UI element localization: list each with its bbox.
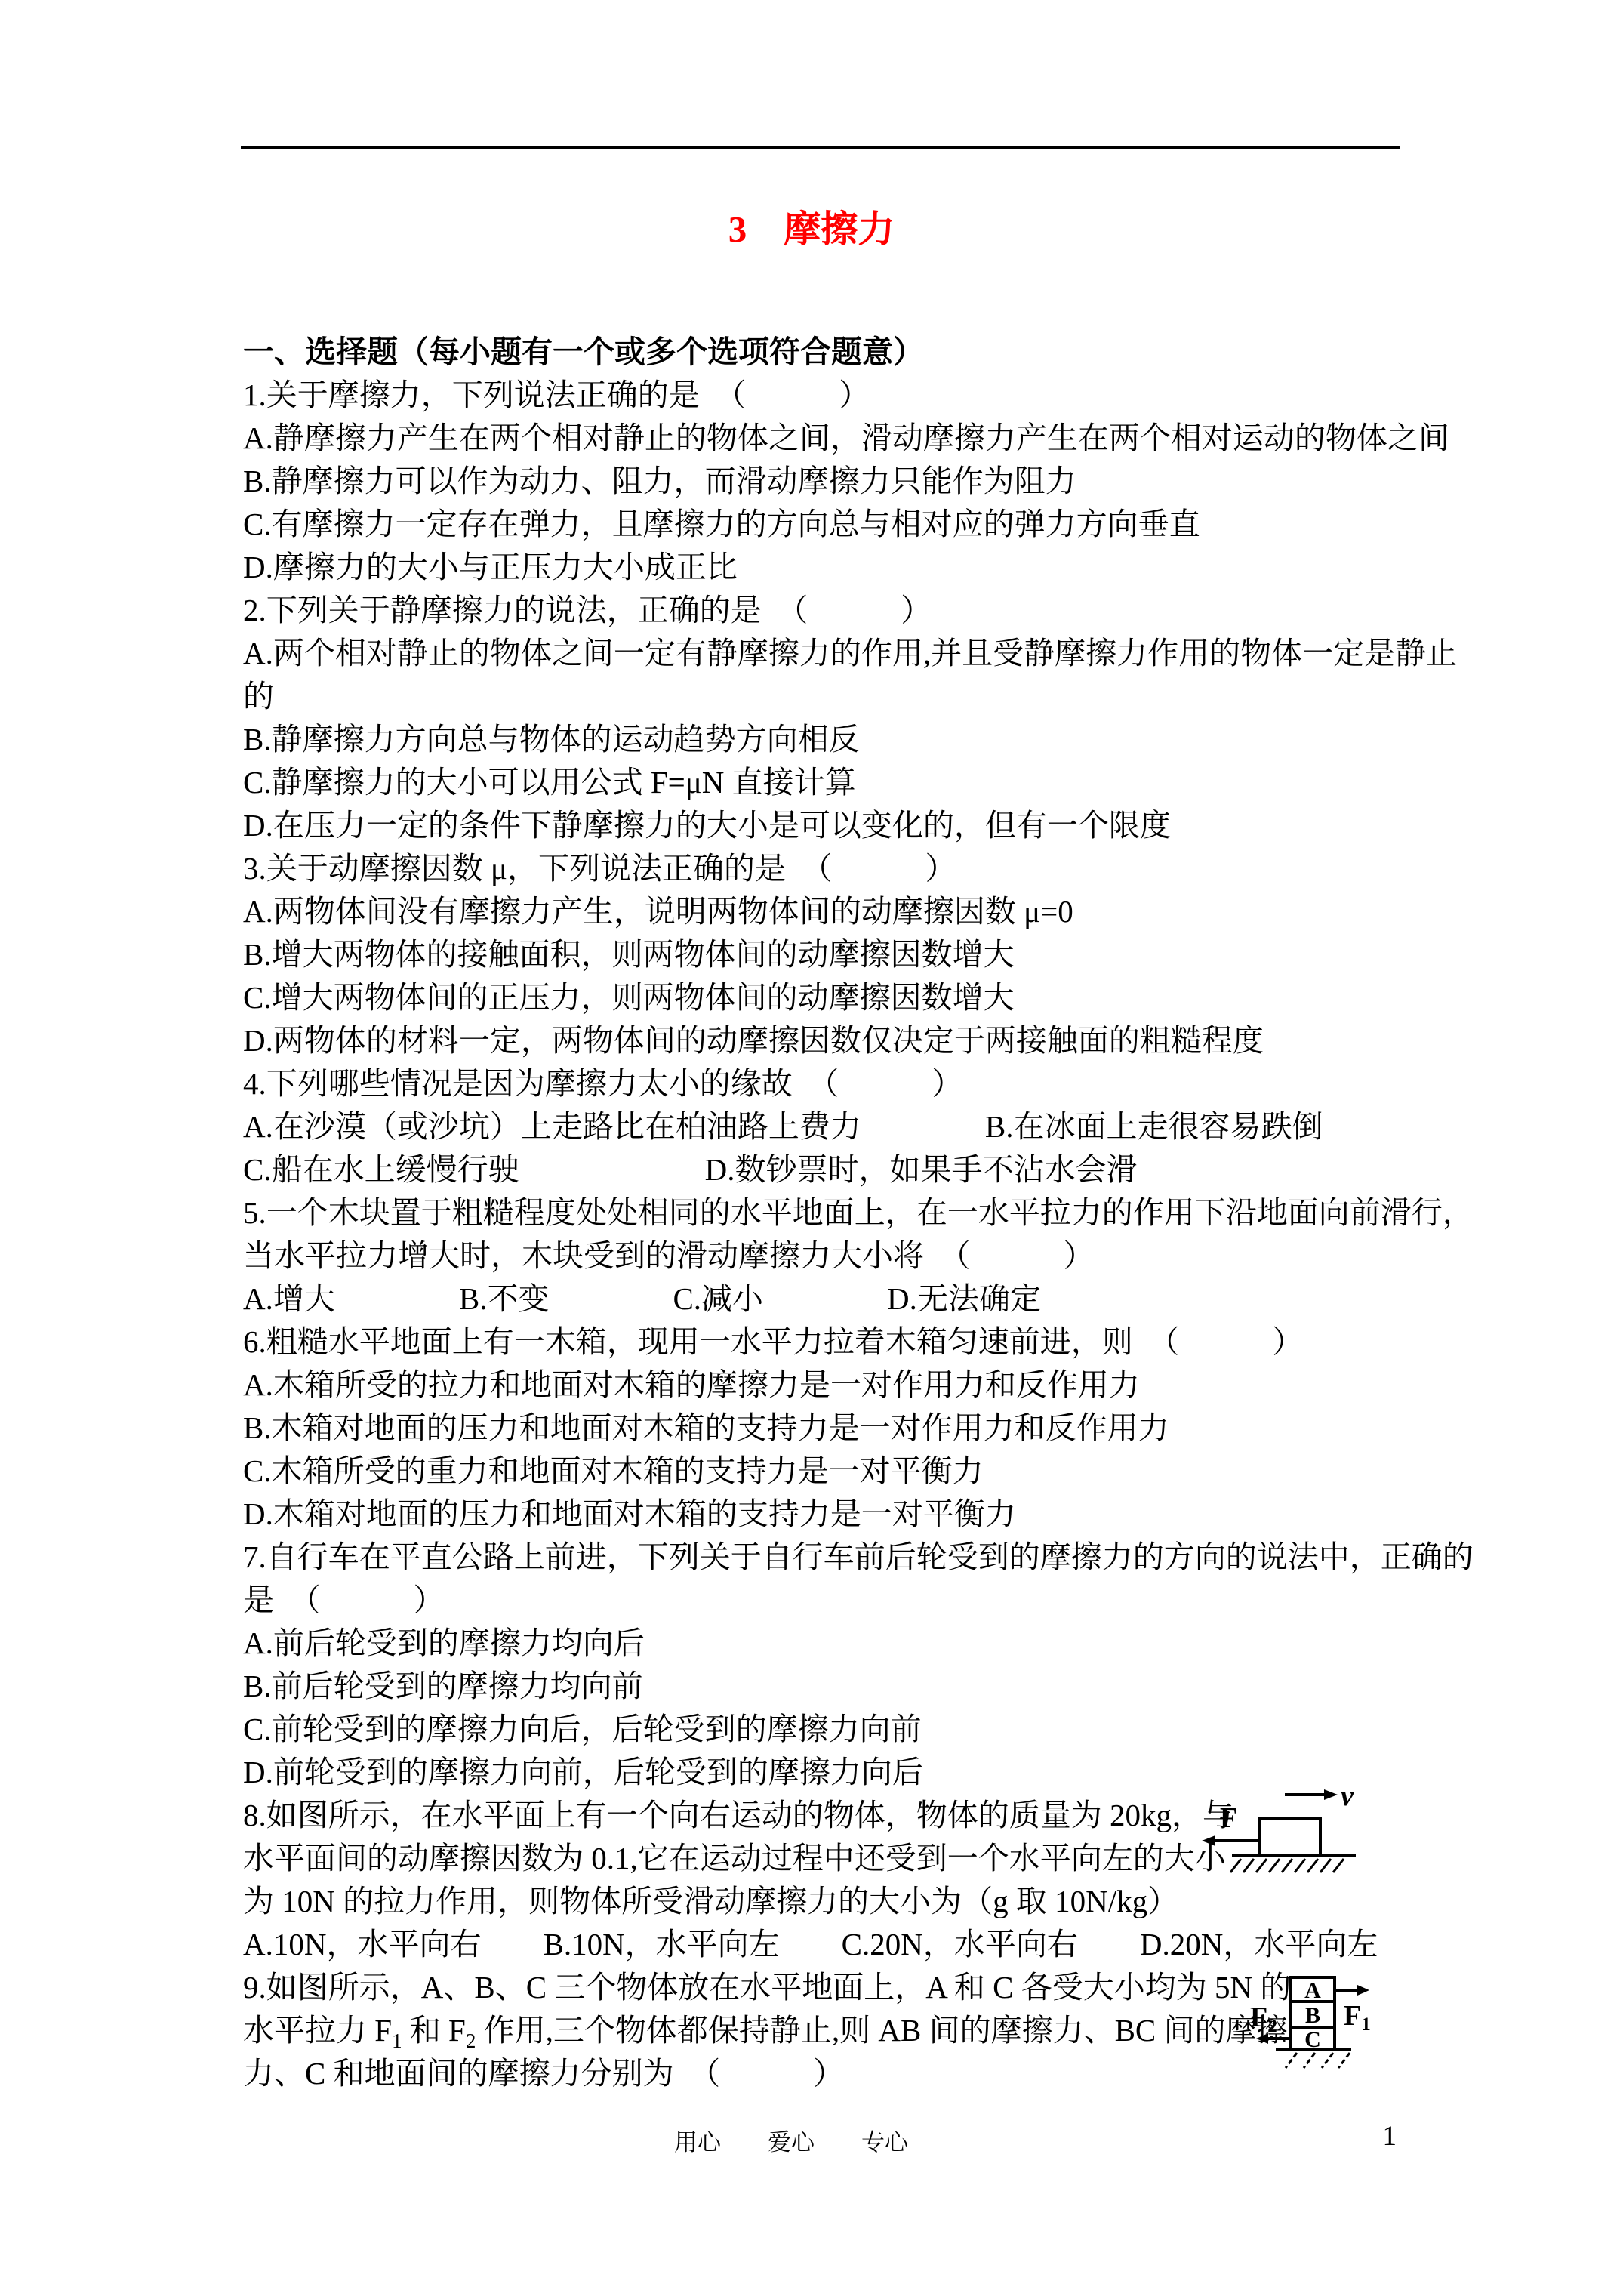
text-line: 是 （ ） bbox=[243, 1579, 1451, 1622]
velocity-label: v bbox=[1341, 1780, 1354, 1812]
document-page: 3 摩擦力 一、选择题（每小题有一个或多个选项符合题意）1.关于摩擦力，下列说法… bbox=[0, 0, 1623, 2296]
text-line: 2.下列关于静摩擦力的说法，正确的是 （ ） bbox=[243, 589, 1451, 632]
text-line: 为 10N 的拉力作用，则物体所受滑动摩擦力的大小为（g 取 10N/kg） bbox=[243, 1880, 1451, 1923]
ground-hatching bbox=[1230, 1859, 1344, 1872]
ground-hatching bbox=[1286, 2053, 1350, 2068]
text-line: D.在压力一定的条件下静摩擦力的大小是可以变化的，但有一个限度 bbox=[243, 804, 1451, 847]
text-line: 的 bbox=[243, 675, 1451, 718]
text-line: 当水平拉力增大时，木块受到的滑动摩擦力大小将 （ ） bbox=[243, 1234, 1451, 1277]
text-line: C.有摩擦力一定存在弹力，且摩擦力的方向总与相对应的弹力方向垂直 bbox=[243, 503, 1451, 546]
text-line: A.两个相对静止的物体之间一定有静摩擦力的作用,并且受静摩擦力作用的物体一定是静… bbox=[243, 632, 1451, 675]
text-line: B.增大两物体的接触面积，则两物体间的动摩擦因数增大 bbox=[243, 933, 1451, 976]
force-f1-arrow bbox=[1335, 1985, 1369, 1996]
page-number: 1 bbox=[1329, 2120, 1397, 2153]
text-line: A.木箱所受的拉力和地面对木箱的摩擦力是一对作用力和反作用力 bbox=[243, 1364, 1451, 1407]
text-line: B.前后轮受到的摩擦力均向前 bbox=[243, 1665, 1451, 1708]
force-f2-label: F2 bbox=[1250, 2002, 1277, 2036]
block bbox=[1259, 1818, 1320, 1856]
text-line: D.两物体的材料一定，两物体间的动摩擦因数仅决定于两接触面的粗糙程度 bbox=[243, 1019, 1451, 1062]
text-line: A.两物体间没有摩擦力产生，说明两物体间的动摩擦因数 μ=0 bbox=[243, 890, 1451, 933]
text-line: D.木箱对地面的压力和地面对木箱的支持力是一对平衡力 bbox=[243, 1493, 1451, 1536]
text-line: A.增大 B.不变 C.减小 D.无法确定 bbox=[243, 1277, 1451, 1321]
text-line: A.在沙漠（或沙坑）上走路比在柏油路上费力 B.在冰面上走很容易跌倒 bbox=[243, 1105, 1451, 1148]
text-line: 3.关于动摩擦因数 μ，下列说法正确的是 （ ） bbox=[243, 847, 1451, 890]
header-rule bbox=[241, 146, 1400, 149]
q8-diagram: v F bbox=[1193, 1767, 1366, 1880]
q9-diagram: A B C F1 F2 bbox=[1230, 1948, 1397, 2080]
page-title: 3 摩擦力 bbox=[0, 208, 1623, 251]
text-line: 一、选择题（每小题有一个或多个选项符合题意） bbox=[243, 331, 1451, 374]
text-line: C.增大两物体间的正压力，则两物体间的动摩擦因数增大 bbox=[243, 976, 1451, 1019]
text-line: D.摩擦力的大小与正压力大小成正比 bbox=[243, 546, 1451, 589]
text-line: A.静摩擦力产生在两个相对静止的物体之间，滑动摩擦力产生在两个相对运动的物体之间 bbox=[243, 417, 1451, 460]
block-b-label: B bbox=[1305, 2003, 1320, 2028]
text-line: 6.粗糙水平地面上有一木箱，现用一水平力拉着木箱匀速前进，则 （ ） bbox=[243, 1321, 1451, 1364]
text-line: C.木箱所受的重力和地面对木箱的支持力是一对平衡力 bbox=[243, 1450, 1451, 1493]
footer-motto: 用心 爱心 专心 bbox=[674, 2128, 908, 2158]
block-a-label: A bbox=[1304, 1978, 1321, 2003]
text-line: B.静摩擦力方向总与物体的运动趋势方向相反 bbox=[243, 718, 1451, 761]
velocity-arrow bbox=[1285, 1789, 1338, 1800]
text-line: B.静摩擦力可以作为动力、阻力，而滑动摩擦力只能作为阻力 bbox=[243, 460, 1451, 503]
text-line: B.木箱对地面的压力和地面对木箱的支持力是一对作用力和反作用力 bbox=[243, 1407, 1451, 1450]
text-line: 5.一个木块置于粗糙程度处处相同的水平地面上，在一水平拉力的作用下沿地面向前滑行… bbox=[243, 1191, 1451, 1234]
force-f-arrow bbox=[1202, 1835, 1259, 1846]
text-line: C.前轮受到的摩擦力向后，后轮受到的摩擦力向前 bbox=[243, 1708, 1451, 1751]
text-line: 1.关于摩擦力，下列说法正确的是 （ ） bbox=[243, 374, 1451, 417]
force-f1-label: F1 bbox=[1344, 2000, 1371, 2035]
text-line: C.船在水上缓慢行驶 D.数钞票时，如果手不沾水会滑 bbox=[243, 1148, 1451, 1191]
force-f-label: F bbox=[1220, 1802, 1237, 1834]
text-line: A.前后轮受到的摩擦力均向后 bbox=[243, 1622, 1451, 1665]
text-line: C.静摩擦力的大小可以用公式 F=μN 直接计算 bbox=[243, 761, 1451, 804]
text-line: 4.下列哪些情况是因为摩擦力太小的缘故 （ ） bbox=[243, 1062, 1451, 1105]
text-line: 7.自行车在平直公路上前进，下列关于自行车前后轮受到的摩擦力的方向的说法中，正确… bbox=[243, 1536, 1451, 1579]
